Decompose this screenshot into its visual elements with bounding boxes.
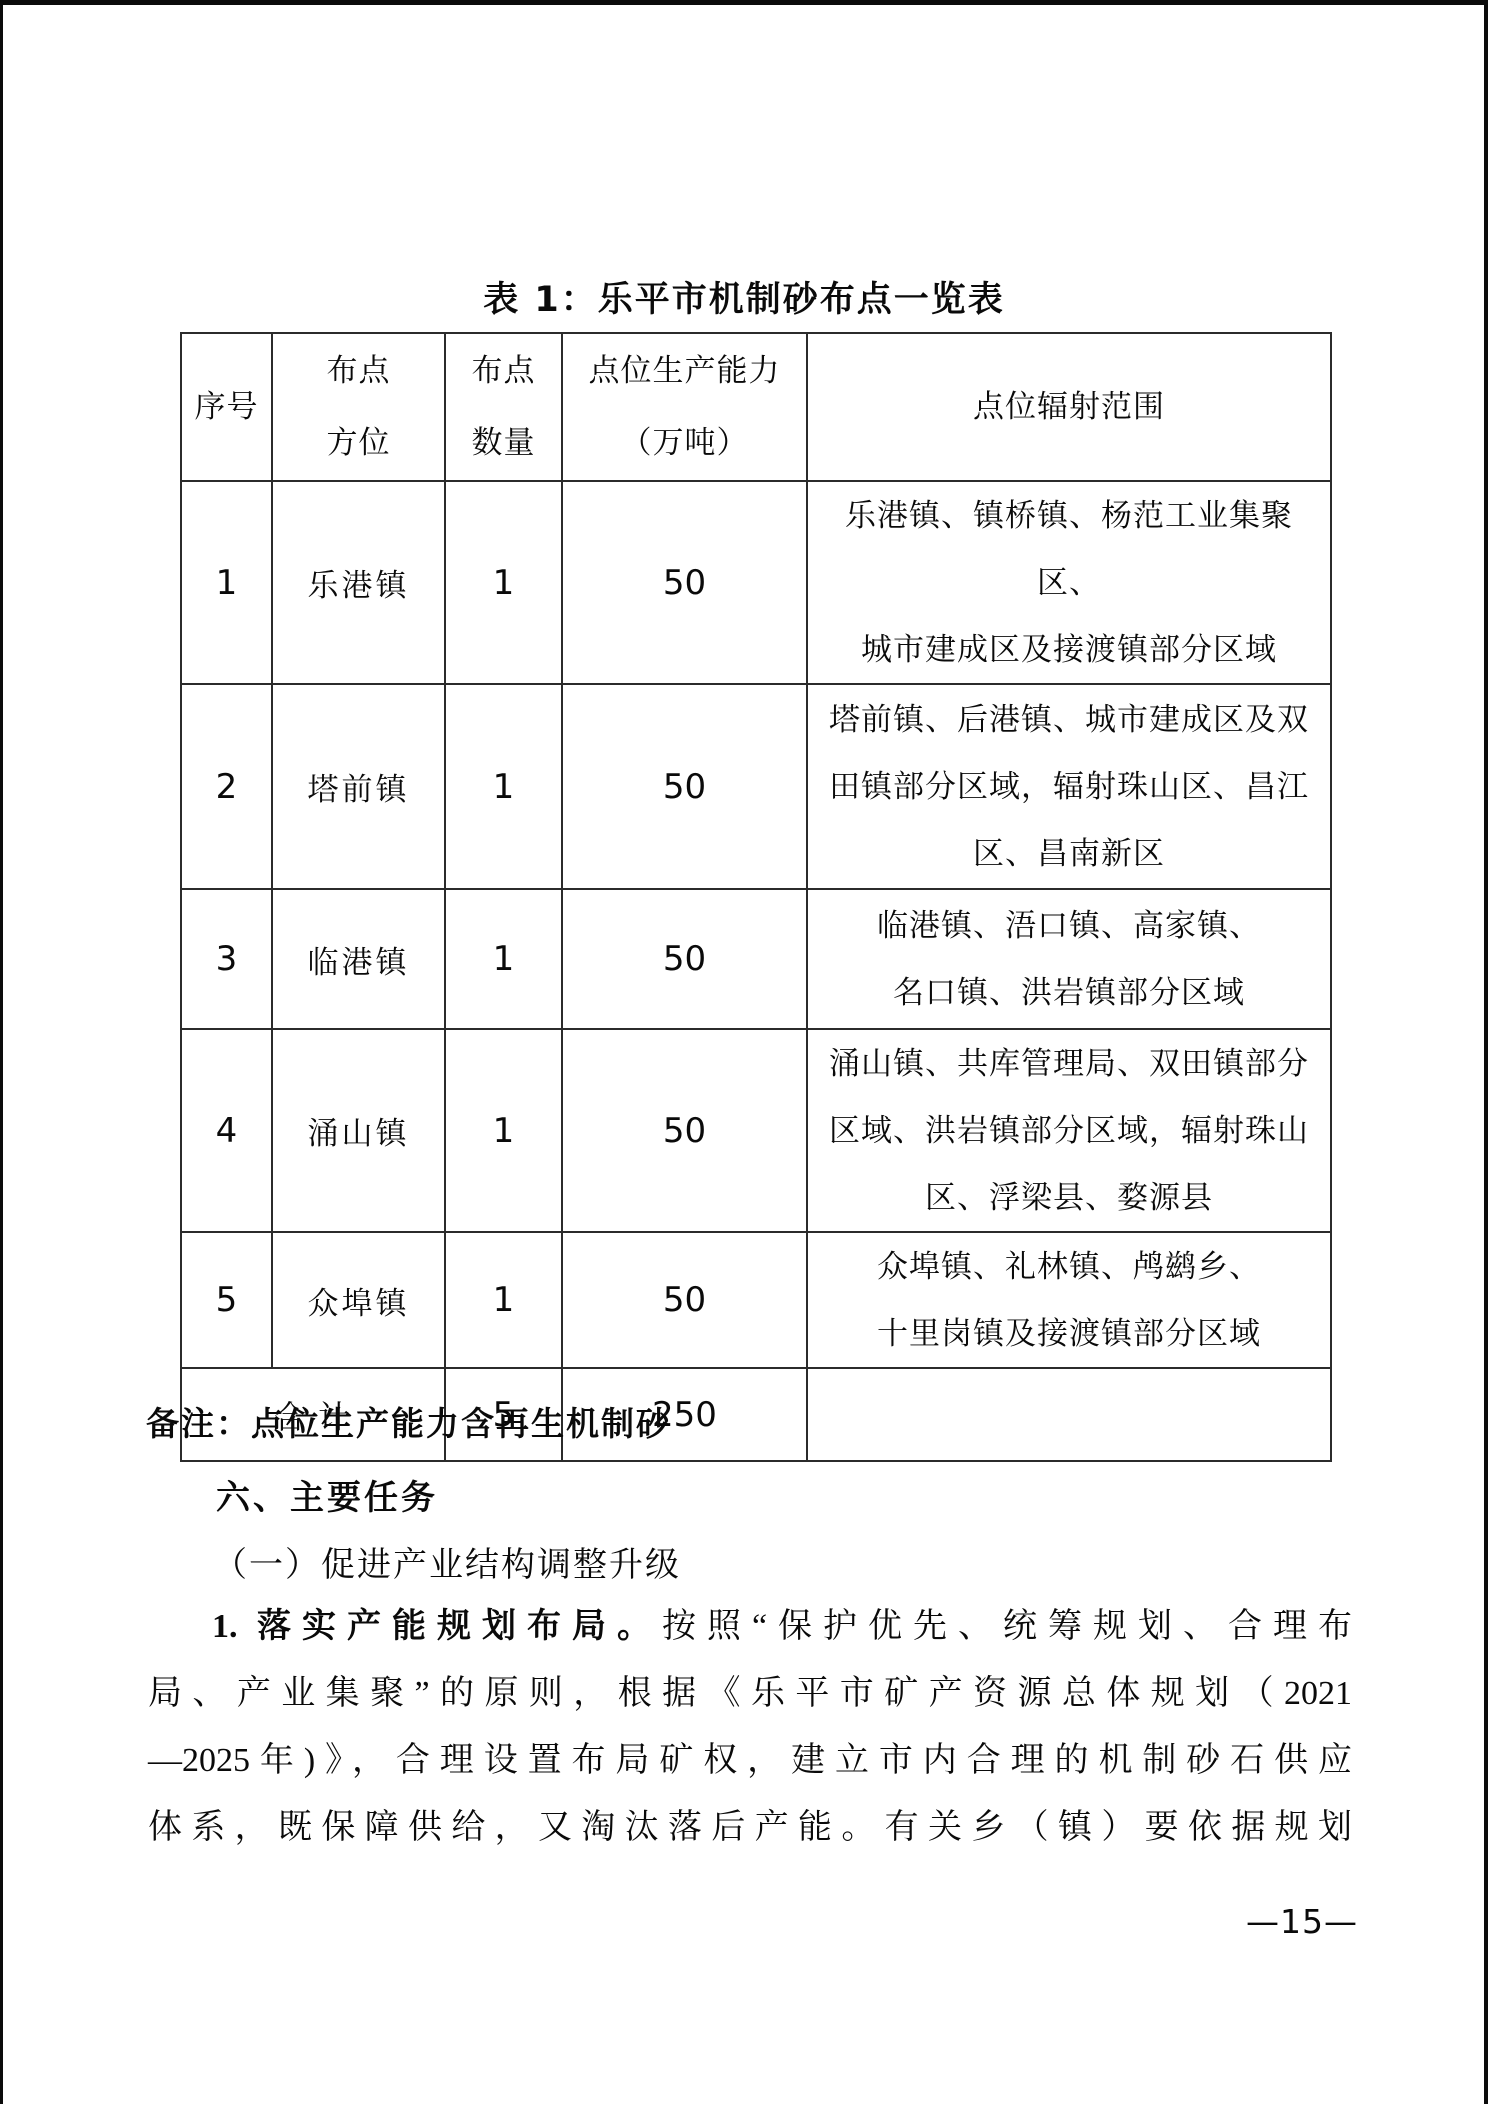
sub-heading: （一）促进产业结构调整升级 bbox=[213, 1537, 681, 1586]
header-count: 布点 数量 bbox=[445, 333, 562, 481]
row-range: 涌山镇、共库管理局、双田镇部分 区域、洪岩镇部分区域，辐射珠山 区、浮梁县、婺源… bbox=[807, 1029, 1331, 1232]
body-paragraph: 1. 落实产能规划布局。按照“保护优先、统筹规划、合理布 局、产业集聚”的原则，… bbox=[148, 1593, 1352, 1861]
row-capacity: 50 bbox=[562, 1029, 807, 1232]
row-location: 涌山镇 bbox=[272, 1029, 445, 1232]
row-capacity: 50 bbox=[562, 684, 807, 889]
scan-edge-top bbox=[0, 0, 1488, 5]
paragraph-line: 体系，既保障供给，又淘汰落后产能。有关乡（镇）要依据规划 bbox=[148, 1794, 1352, 1861]
section-heading: 六、主要任务 bbox=[216, 1470, 438, 1519]
row-capacity: 50 bbox=[562, 889, 807, 1029]
header-seq: 序号 bbox=[181, 333, 272, 481]
table-caption: 表 1：乐平市机制砂布点一览表 bbox=[0, 272, 1488, 322]
row-capacity: 50 bbox=[562, 481, 807, 684]
distribution-table: 序号 布点 方位 布点 数量 点位生产能力 （万吨） 点位辐射范围 1 乐港镇 … bbox=[180, 332, 1332, 1462]
row-capacity: 50 bbox=[562, 1232, 807, 1368]
paragraph-lead-bold: 1. 落实产能规划布局。 bbox=[212, 1608, 662, 1645]
row-range: 临港镇、浯口镇、高家镇、 名口镇、洪岩镇部分区域 bbox=[807, 889, 1331, 1029]
header-capacity: 点位生产能力 （万吨） bbox=[562, 333, 807, 481]
row-seq: 1 bbox=[181, 481, 272, 684]
row-seq: 4 bbox=[181, 1029, 272, 1232]
table-row: 1 乐港镇 1 50 乐港镇、镇桥镇、杨范工业集聚区、 城市建成区及接渡镇部分区… bbox=[181, 481, 1331, 684]
row-range: 塔前镇、后港镇、城市建成区及双 田镇部分区域，辐射珠山区、昌江 区、昌南新区 bbox=[807, 684, 1331, 889]
table-row: 3 临港镇 1 50 临港镇、浯口镇、高家镇、 名口镇、洪岩镇部分区域 bbox=[181, 889, 1331, 1029]
document-page: 表 1：乐平市机制砂布点一览表 序号 布点 方位 布点 数量 点位生产能力 （万… bbox=[0, 0, 1488, 2104]
row-range: 众埠镇、礼林镇、鸬鹚乡、 十里岗镇及接渡镇部分区域 bbox=[807, 1232, 1331, 1368]
total-range bbox=[807, 1368, 1331, 1461]
row-location: 临港镇 bbox=[272, 889, 445, 1029]
table-row: 2 塔前镇 1 50 塔前镇、后港镇、城市建成区及双 田镇部分区域，辐射珠山区、… bbox=[181, 684, 1331, 889]
paragraph-line-text: 按照“保护优先、统筹规划、合理布 bbox=[662, 1608, 1352, 1645]
table-row: 5 众埠镇 1 50 众埠镇、礼林镇、鸬鹚乡、 十里岗镇及接渡镇部分区域 bbox=[181, 1232, 1331, 1368]
row-location: 乐港镇 bbox=[272, 481, 445, 684]
paragraph-line: 局、产业集聚”的原则，根据《乐平市矿产资源总体规划（2021 bbox=[148, 1660, 1352, 1727]
paragraph-line: 1. 落实产能规划布局。按照“保护优先、统筹规划、合理布 bbox=[148, 1593, 1352, 1660]
row-seq: 5 bbox=[181, 1232, 272, 1368]
row-count: 1 bbox=[445, 1232, 562, 1368]
page-number: —15— bbox=[1246, 1902, 1358, 1941]
row-count: 1 bbox=[445, 481, 562, 684]
table-header-row: 序号 布点 方位 布点 数量 点位生产能力 （万吨） 点位辐射范围 bbox=[181, 333, 1331, 481]
paragraph-line: —2025年)》，合理设置布局矿权，建立市内合理的机制砂石供应 bbox=[148, 1727, 1352, 1794]
row-count: 1 bbox=[445, 684, 562, 889]
row-seq: 2 bbox=[181, 684, 272, 889]
row-seq: 3 bbox=[181, 889, 272, 1029]
table-row: 4 涌山镇 1 50 涌山镇、共库管理局、双田镇部分 区域、洪岩镇部分区域，辐射… bbox=[181, 1029, 1331, 1232]
row-count: 1 bbox=[445, 1029, 562, 1232]
row-range: 乐港镇、镇桥镇、杨范工业集聚区、 城市建成区及接渡镇部分区域 bbox=[807, 481, 1331, 684]
table-note: 备注：点位生产能力含再生机制砂 bbox=[146, 1398, 671, 1445]
row-count: 1 bbox=[445, 889, 562, 1029]
row-location: 众埠镇 bbox=[272, 1232, 445, 1368]
header-location: 布点 方位 bbox=[272, 333, 445, 481]
row-location: 塔前镇 bbox=[272, 684, 445, 889]
header-range: 点位辐射范围 bbox=[807, 333, 1331, 481]
